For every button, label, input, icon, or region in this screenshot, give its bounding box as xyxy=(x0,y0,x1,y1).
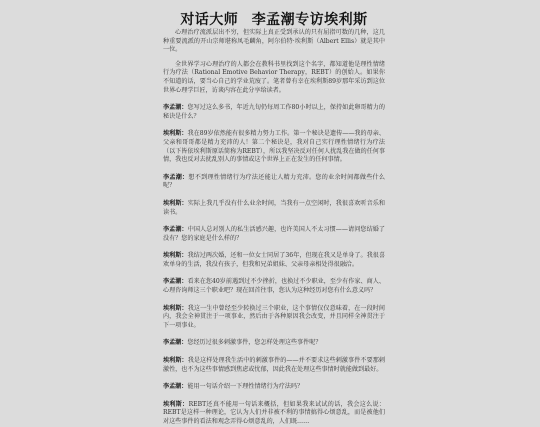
title-part-2: 李孟潮专访埃利斯 xyxy=(252,12,368,28)
speaker-label: 埃利斯： xyxy=(163,401,189,405)
intro-paragraph-2: 全世界学习心理治疗的人都会在教科书里找到这个名字，都知道他是理性情绪行为疗法（R… xyxy=(163,61,385,95)
qa-text: 我这一生中曾经至少转换过三个职业，这个事情仅仅意味着，在一段时间内，我会全神贯注… xyxy=(163,305,385,329)
qa-answer: 埃利斯：我结过两次婚，还和一位女士同居了36年，但现在我又是单身了。我很喜欢单身… xyxy=(163,252,385,269)
qa-question: 李孟潮：中国人总对别人的私生活感兴趣，也许美国人不太习惯——请问您结婚了没有？您… xyxy=(163,226,385,243)
speaker-label: 埃利斯： xyxy=(163,252,187,259)
speaker-label: 李孟潮： xyxy=(163,226,188,233)
article-title: 对话大师 李孟潮专访埃利斯 xyxy=(163,9,385,29)
qa-question: 李孟潮：您经历过很多刺激事件，您怎样处理这些事件呢？ xyxy=(163,339,385,348)
intro-paragraph-1: 心理治疗流派层出不穷，但实际上真正受到承认的只有屈指可数的几种，这几种重要流派的… xyxy=(163,29,385,55)
qa-answer: 埃利斯：我在89岁依然能有很多精力努力工作。第一个秘诀是遗传——我的母亲、父亲和… xyxy=(163,130,385,164)
qa-text: 能用一句话介绍一下理性情绪行为疗法吗？ xyxy=(187,383,303,390)
qa-text: 中国人总对别人的私生活感兴趣，也许美国人不太习惯——请问您结婚了没有？您的家庭是… xyxy=(163,226,385,242)
speaker-label: 埃利斯： xyxy=(163,305,188,312)
qa-text: 我结过两次婚，还和一位女士同居了36年，但现在我又是单身了。我很喜欢单身的生活，… xyxy=(163,252,385,268)
qa-answer: 埃利斯：我这一生中曾经至少转换过三个职业，这个事情仅仅意味着，在一段时间内，我会… xyxy=(163,305,385,331)
speaker-label: 埃利斯： xyxy=(163,130,188,137)
qa-question: 李孟潮：看来在您40岁前遇到过不少挫折，也换过不少职业，至少有作家、商人、心理咨… xyxy=(163,278,385,295)
speaker-label: 埃利斯： xyxy=(163,200,188,207)
speaker-label: 李孟潮： xyxy=(163,383,187,390)
qa-text: 实际上我几乎没有什么业余时间，当我有一点空闲时，我很喜欢听音乐和读书。 xyxy=(163,200,385,216)
qa-question: 李孟潮：您写过这么多书，年近九旬仍每周工作80小时以上，保持如此卵哥精力的秘诀是… xyxy=(163,104,385,121)
qa-text: 想不到理性情绪行为疗法还能让人精力充沛。您的业余时间都做些什么呢？ xyxy=(163,174,385,190)
qa-answer: 埃利斯：我是这样处理我生活中的刺激事件的——并不要求这些刺激事件不要那刺激性，也… xyxy=(163,357,385,374)
qa-text: 您写过这么多书，年近九旬仍每周工作80小时以上，保持如此卵哥精力的秘诀是什么？ xyxy=(163,104,385,120)
qa-answer: 埃利斯：实际上我几乎没有什么业余时间，当我有一点空闲时，我很喜欢听音乐和读书。 xyxy=(163,200,385,217)
qa-question: 李孟潮：想不到理性情绪行为疗法还能让人精力充沛。您的业余时间都做些什么呢？ xyxy=(163,174,385,191)
qa-answer: 埃利斯：REBT还真不能用一句话来概括，但如果我来试试的话，我会这么说：REBT… xyxy=(163,401,385,405)
qa-text: 我在89岁依然能有很多精力努力工作。第一个秘诀是遗传——我的母亲、父亲和哥哥都是… xyxy=(163,130,385,163)
speaker-label: 李孟潮： xyxy=(163,278,187,285)
speaker-label: 李孟潮： xyxy=(163,174,188,181)
qa-text: 您经历过很多刺激事件，您怎样处理这些事件呢？ xyxy=(187,339,321,346)
qa-text: 我是这样处理我生活中的刺激事件的——并不要求这些刺激事件不要那刺激性，也不为这些… xyxy=(163,357,385,373)
speaker-label: 李孟潮： xyxy=(163,339,187,346)
article-page: 对话大师 李孟潮专访埃利斯 心理治疗流派层出不穷，但实际上真正受到承认的只有屈指… xyxy=(163,0,385,405)
speaker-label: 埃利斯： xyxy=(163,357,188,364)
qa-question: 李孟潮：能用一句话介绍一下理性情绪行为疗法吗？ xyxy=(163,383,385,392)
qa-text: REBT还真不能用一句话来概括，但如果我来试试的话，我会这么说：REBT是这样一… xyxy=(163,401,385,405)
speaker-label: 李孟潮： xyxy=(163,104,187,111)
title-part-1: 对话大师 xyxy=(180,12,238,28)
qa-text: 看来在您40岁前遇到过不少挫折，也换过不少职业，至少有作家、商人、心理咨询师这三… xyxy=(163,278,385,294)
